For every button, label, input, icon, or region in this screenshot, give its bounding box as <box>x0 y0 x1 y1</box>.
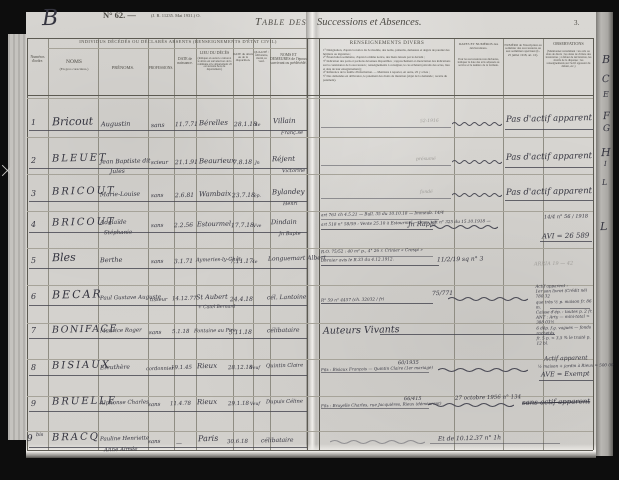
side-tab-l2: L <box>600 221 608 232</box>
page-title-right: Successions et Absences. <box>317 18 422 29</box>
row-observation: Pas d'actif apparent <box>506 114 592 124</box>
page-title-left: Table des <box>255 17 307 28</box>
row-epoux: Dupuis Céline <box>266 400 303 406</box>
row-lieu: Bérelles <box>199 120 228 128</box>
row-epoux: Réjent <box>272 156 295 163</box>
row-divers-fin: 66/415 <box>404 397 422 402</box>
row-prenoms: Berthe <box>100 257 123 264</box>
row-prenoms: Eleuthère <box>100 365 130 372</box>
row-nom: BECAR <box>52 288 103 300</box>
ink-line <box>29 411 307 412</box>
row-num: 9 <box>31 400 36 408</box>
row-profession: sans <box>151 194 164 200</box>
row-profession: sans <box>151 224 164 230</box>
row-num: 2 <box>31 157 36 165</box>
row-nom: Bles <box>52 252 76 263</box>
row-deces: 24.4.18 <box>230 297 253 303</box>
row-naissance: 3.1.71 <box>174 259 193 265</box>
ink-squiggle <box>452 121 502 127</box>
ink-squiggle <box>430 224 498 230</box>
row-qualite: 4e <box>255 124 261 129</box>
col-header-divers: RENSEIGNEMENTS DIVERS <box>322 41 452 46</box>
form-reference: (J. R. 11235. Mai 1931.) O. <box>151 14 201 19</box>
row-num: 5 <box>31 257 36 265</box>
grid-line <box>543 38 544 450</box>
ink-squiggle <box>448 296 528 302</box>
row-qualite: ép. <box>254 195 261 200</box>
row-epoux: Villain <box>273 118 296 125</box>
ink-line <box>321 265 439 266</box>
row-epoux2: Henri <box>283 202 298 207</box>
row-prenoms: Marie-Louise <box>100 192 140 199</box>
col-header-observations: OBSERVATIONS <box>544 42 593 46</box>
ink-line <box>29 338 307 339</box>
row-obs-struck: sans actif apparent <box>522 398 590 406</box>
row-lieu: Rieux <box>197 399 217 406</box>
group-header: INDIVIDUS DÉCÉDÉS OU DÉCLARÉS ABSENTS (R… <box>50 40 306 45</box>
side-tab-h: H <box>601 147 611 158</box>
side-tab-e: E <box>603 91 609 99</box>
grid-line <box>27 98 593 99</box>
ink-line <box>321 408 429 409</box>
page-number: 3. <box>574 20 579 27</box>
row-naissance: 2.6.81 <box>175 193 194 199</box>
ink-line <box>29 201 307 202</box>
row-prenoms: Alphonse Charles <box>100 400 149 407</box>
row-profession: sans <box>148 403 161 409</box>
row-epoux: Quintin Claire <box>266 364 303 370</box>
row-deces: 29.1.18 <box>228 402 249 408</box>
col-header-professions: PROFESSIONS. <box>148 67 174 71</box>
row-naissance: 11.7.71 <box>175 122 198 128</box>
side-tab-f: F <box>603 112 610 122</box>
grid-line <box>48 38 49 450</box>
row-observation: Pas d'actif apparent <box>506 187 592 197</box>
row-deces: 30.6.18 <box>227 440 248 446</box>
row-deces: 5.11.18 <box>229 330 252 336</box>
col-header-naissance: DATE de naissance. <box>174 58 196 66</box>
col-header-prenoms: PRÉNOMS. <box>98 66 148 71</box>
form-number: N° 62. — <box>103 11 136 20</box>
row-qualite: Vve <box>253 225 262 230</box>
row-deces: 23.7.18 <box>232 193 255 199</box>
row-num: 4 <box>31 221 36 229</box>
row-lieu: Rieux <box>197 363 217 370</box>
row-prenoms: Pauline Henriette <box>100 436 149 443</box>
ink-squiggle <box>438 367 528 373</box>
row-naissance: 11.4.78 <box>170 402 191 408</box>
ink-line <box>505 200 593 201</box>
row-lieu2: + Catel Bernard <box>198 306 235 311</box>
side-tab-l1: L <box>602 179 607 187</box>
row-profession: scieur <box>151 161 168 167</box>
row-lieu: Paris <box>198 435 218 443</box>
row-profession: sans <box>149 331 162 337</box>
left-page-edges <box>8 34 26 440</box>
ink-line <box>505 129 593 130</box>
grid-line <box>174 38 175 450</box>
row-deces: 28.12.18 <box>228 366 253 372</box>
row-naissance: 2.2.56 <box>174 223 193 229</box>
grid-line <box>593 38 594 450</box>
ink-squiggle <box>452 192 502 198</box>
side-tab-c: C <box>602 75 610 85</box>
row-epoux: Longuemart Albert <box>268 255 326 262</box>
row-num: 6 <box>31 293 36 301</box>
ink-line <box>321 303 433 304</box>
row-obs-line: fr. 5 p. = 3,5 % le traité p. 12 bl. <box>536 334 594 346</box>
col-header-declarations-note: Pour les successions non déclarées, indi… <box>456 58 501 67</box>
row-epoux: célibataire <box>267 328 300 335</box>
grid-line <box>27 38 28 450</box>
row-deces: 17.7.18 <box>231 223 254 229</box>
row-deces: 28.1.18 <box>234 122 257 128</box>
grid-line <box>27 248 593 249</box>
row-lieu: Estourmel <box>197 221 231 228</box>
col-header-deces: DATE du décès ou de la disparition. <box>233 53 253 63</box>
grid-line <box>27 95 593 96</box>
row-naissance: 5.1.18 <box>172 330 190 336</box>
col-header-declarations: DATES ET NUMÉROS des déclarations. <box>455 43 502 50</box>
row-obs2: AVI = 26 589 <box>542 233 589 241</box>
col-header-divers-notes: 1° Désignation, d'après la notice du 3e … <box>323 49 452 82</box>
row-num: 9 <box>27 435 33 444</box>
ink-line <box>29 168 307 169</box>
row-prenoms2: Jules <box>110 169 125 175</box>
row-prenoms: Adélaïde <box>100 220 127 227</box>
row-epoux2: Franç.se <box>281 131 303 136</box>
ink-line <box>29 447 307 448</box>
row-num: 1 <box>31 119 36 127</box>
row-epoux: cél. Lantoine <box>267 295 307 302</box>
side-tab-g: G <box>603 125 610 134</box>
row-prenoms: Jean Baptiste dit <box>100 158 151 165</box>
row-num: 3 <box>31 190 36 198</box>
grid-line <box>253 38 254 450</box>
row-profession: sans <box>151 123 165 129</box>
row-num: 8 <box>31 364 36 372</box>
ink-line <box>29 130 307 131</box>
ink-line <box>321 372 429 373</box>
ink-line <box>430 443 560 444</box>
col-header-ordre: Numéros d'ordre. <box>27 56 48 64</box>
side-tab-i: I <box>604 161 607 168</box>
row-obs3: AVE = Exempt <box>541 370 590 378</box>
ink-line <box>321 256 433 257</box>
row-nom: BRACQ <box>52 432 100 443</box>
row-deces: 7.8.18 <box>233 160 252 166</box>
row-prenoms: Maurice Roger <box>100 329 142 335</box>
row-declaration: 11/2/19 sq n° 3 <box>437 257 484 264</box>
ink-line <box>321 219 439 220</box>
col-header-lieu-note: (Indiquer en outre le canton si le décès… <box>197 58 232 72</box>
row-epoux2: Victorine <box>282 169 305 174</box>
grid-line <box>233 38 234 450</box>
ink-squiggle <box>330 439 425 445</box>
grid-line <box>148 38 149 450</box>
grid-line <box>27 211 593 212</box>
row-prenoms2: Anne Aimée <box>104 448 138 454</box>
grid-line <box>48 48 307 49</box>
row-profession: sans <box>151 260 164 266</box>
grid-line <box>196 38 197 450</box>
row-obs-pencil: ARRIA 19 — 42 <box>534 262 573 268</box>
pencil-x-mark <box>1 164 14 177</box>
grid-line <box>307 38 308 450</box>
row-lieu: St Aubert <box>196 294 228 301</box>
grid-line <box>27 137 593 138</box>
row-naissance: 19.1.45 <box>171 366 192 372</box>
ink-line <box>321 127 451 128</box>
row-epoux: Dindain <box>271 219 297 226</box>
row-lieu: Wambaix <box>199 191 231 199</box>
ink-line <box>539 380 593 381</box>
grid-line <box>98 38 99 450</box>
row-lieu: Beaurieux <box>199 158 235 166</box>
row-nom: Bricout <box>52 116 93 128</box>
grid-line <box>503 38 504 450</box>
col-header-lieu: LIEU DU DÉCÈS <box>196 51 233 55</box>
ink-line <box>321 198 451 199</box>
side-tab-b: B <box>602 54 610 65</box>
col-header-noms: NOMS <box>50 60 98 66</box>
row-profession: cordonnier <box>146 367 174 373</box>
row-obs1: 14/4 n° 56 / 1918 <box>544 215 588 221</box>
row-naissance: 21.1.91 <box>175 160 198 166</box>
ink-line <box>29 232 307 233</box>
row-obs1: Actif apparent <box>544 356 588 363</box>
grid-line <box>270 38 271 450</box>
col-header-noms-note: (En gros caractères.) <box>50 68 98 72</box>
row-obs-block: Actif apparent : 1er son livret (Crédit … <box>535 282 594 345</box>
binding-seam <box>306 12 320 456</box>
row-divers-fin: 52-1916 <box>420 120 439 125</box>
ink-line <box>29 268 307 269</box>
row-num-sup: bis <box>36 433 43 438</box>
ink-line <box>29 305 307 306</box>
grid-line <box>27 431 593 432</box>
ink-line <box>380 334 555 335</box>
divers-note: 5° Des demandes en délivrance, le paieme… <box>323 75 452 82</box>
row-divers-fin: présumé <box>416 158 436 163</box>
grid-line <box>319 38 320 450</box>
col-header-observations-note: (Mentionner notamment : les avis ou état… <box>545 50 592 67</box>
col-header-qualite: QUALITÉ : célibataire, marié ou veuf. <box>253 51 270 63</box>
ink-line <box>29 375 307 376</box>
row-deces: 7.11.17 <box>230 259 253 265</box>
grid-line <box>27 285 593 286</box>
row-naissance: 14.12.77 <box>172 297 197 303</box>
row-epoux: célibataire <box>261 438 294 445</box>
row-prenoms: Augustin <box>101 121 131 128</box>
ink-squiggle <box>428 402 514 408</box>
ink-line <box>321 229 433 230</box>
ink-line <box>321 165 451 166</box>
row-qualite: Veuf <box>250 367 260 372</box>
grid-line <box>454 38 455 450</box>
row-divers-fin: fondé <box>420 191 433 196</box>
ink-line <box>550 308 590 309</box>
ink-line <box>540 241 592 242</box>
row-num: 7 <box>31 327 36 335</box>
row-profession: tisseur <box>150 298 167 303</box>
row-observation: Pas d'actif apparent <box>506 152 592 162</box>
row-qualite: Jn <box>255 162 260 167</box>
col-header-epoux: NOMS ET DEMEURES de l'époux survivant ou… <box>270 54 307 65</box>
col-header-sommier: NUMÉRO de l'inscription au sommier des s… <box>504 44 542 57</box>
ink-line <box>505 167 593 168</box>
row-qualite: Veuf <box>250 403 260 408</box>
row-divers-fin: 60/1935 <box>398 361 419 366</box>
row-qualite: 4e <box>252 261 258 266</box>
scanned-register-page: B N° 62. — (J. R. 11235. Mai 1931.) O. T… <box>0 0 619 480</box>
row-epoux: Bylandey <box>272 189 305 197</box>
row-profession: sans <box>148 440 161 446</box>
ink-squiggle <box>452 159 502 165</box>
handwritten-tab-letter: B <box>42 8 59 30</box>
grid-line <box>27 359 593 360</box>
